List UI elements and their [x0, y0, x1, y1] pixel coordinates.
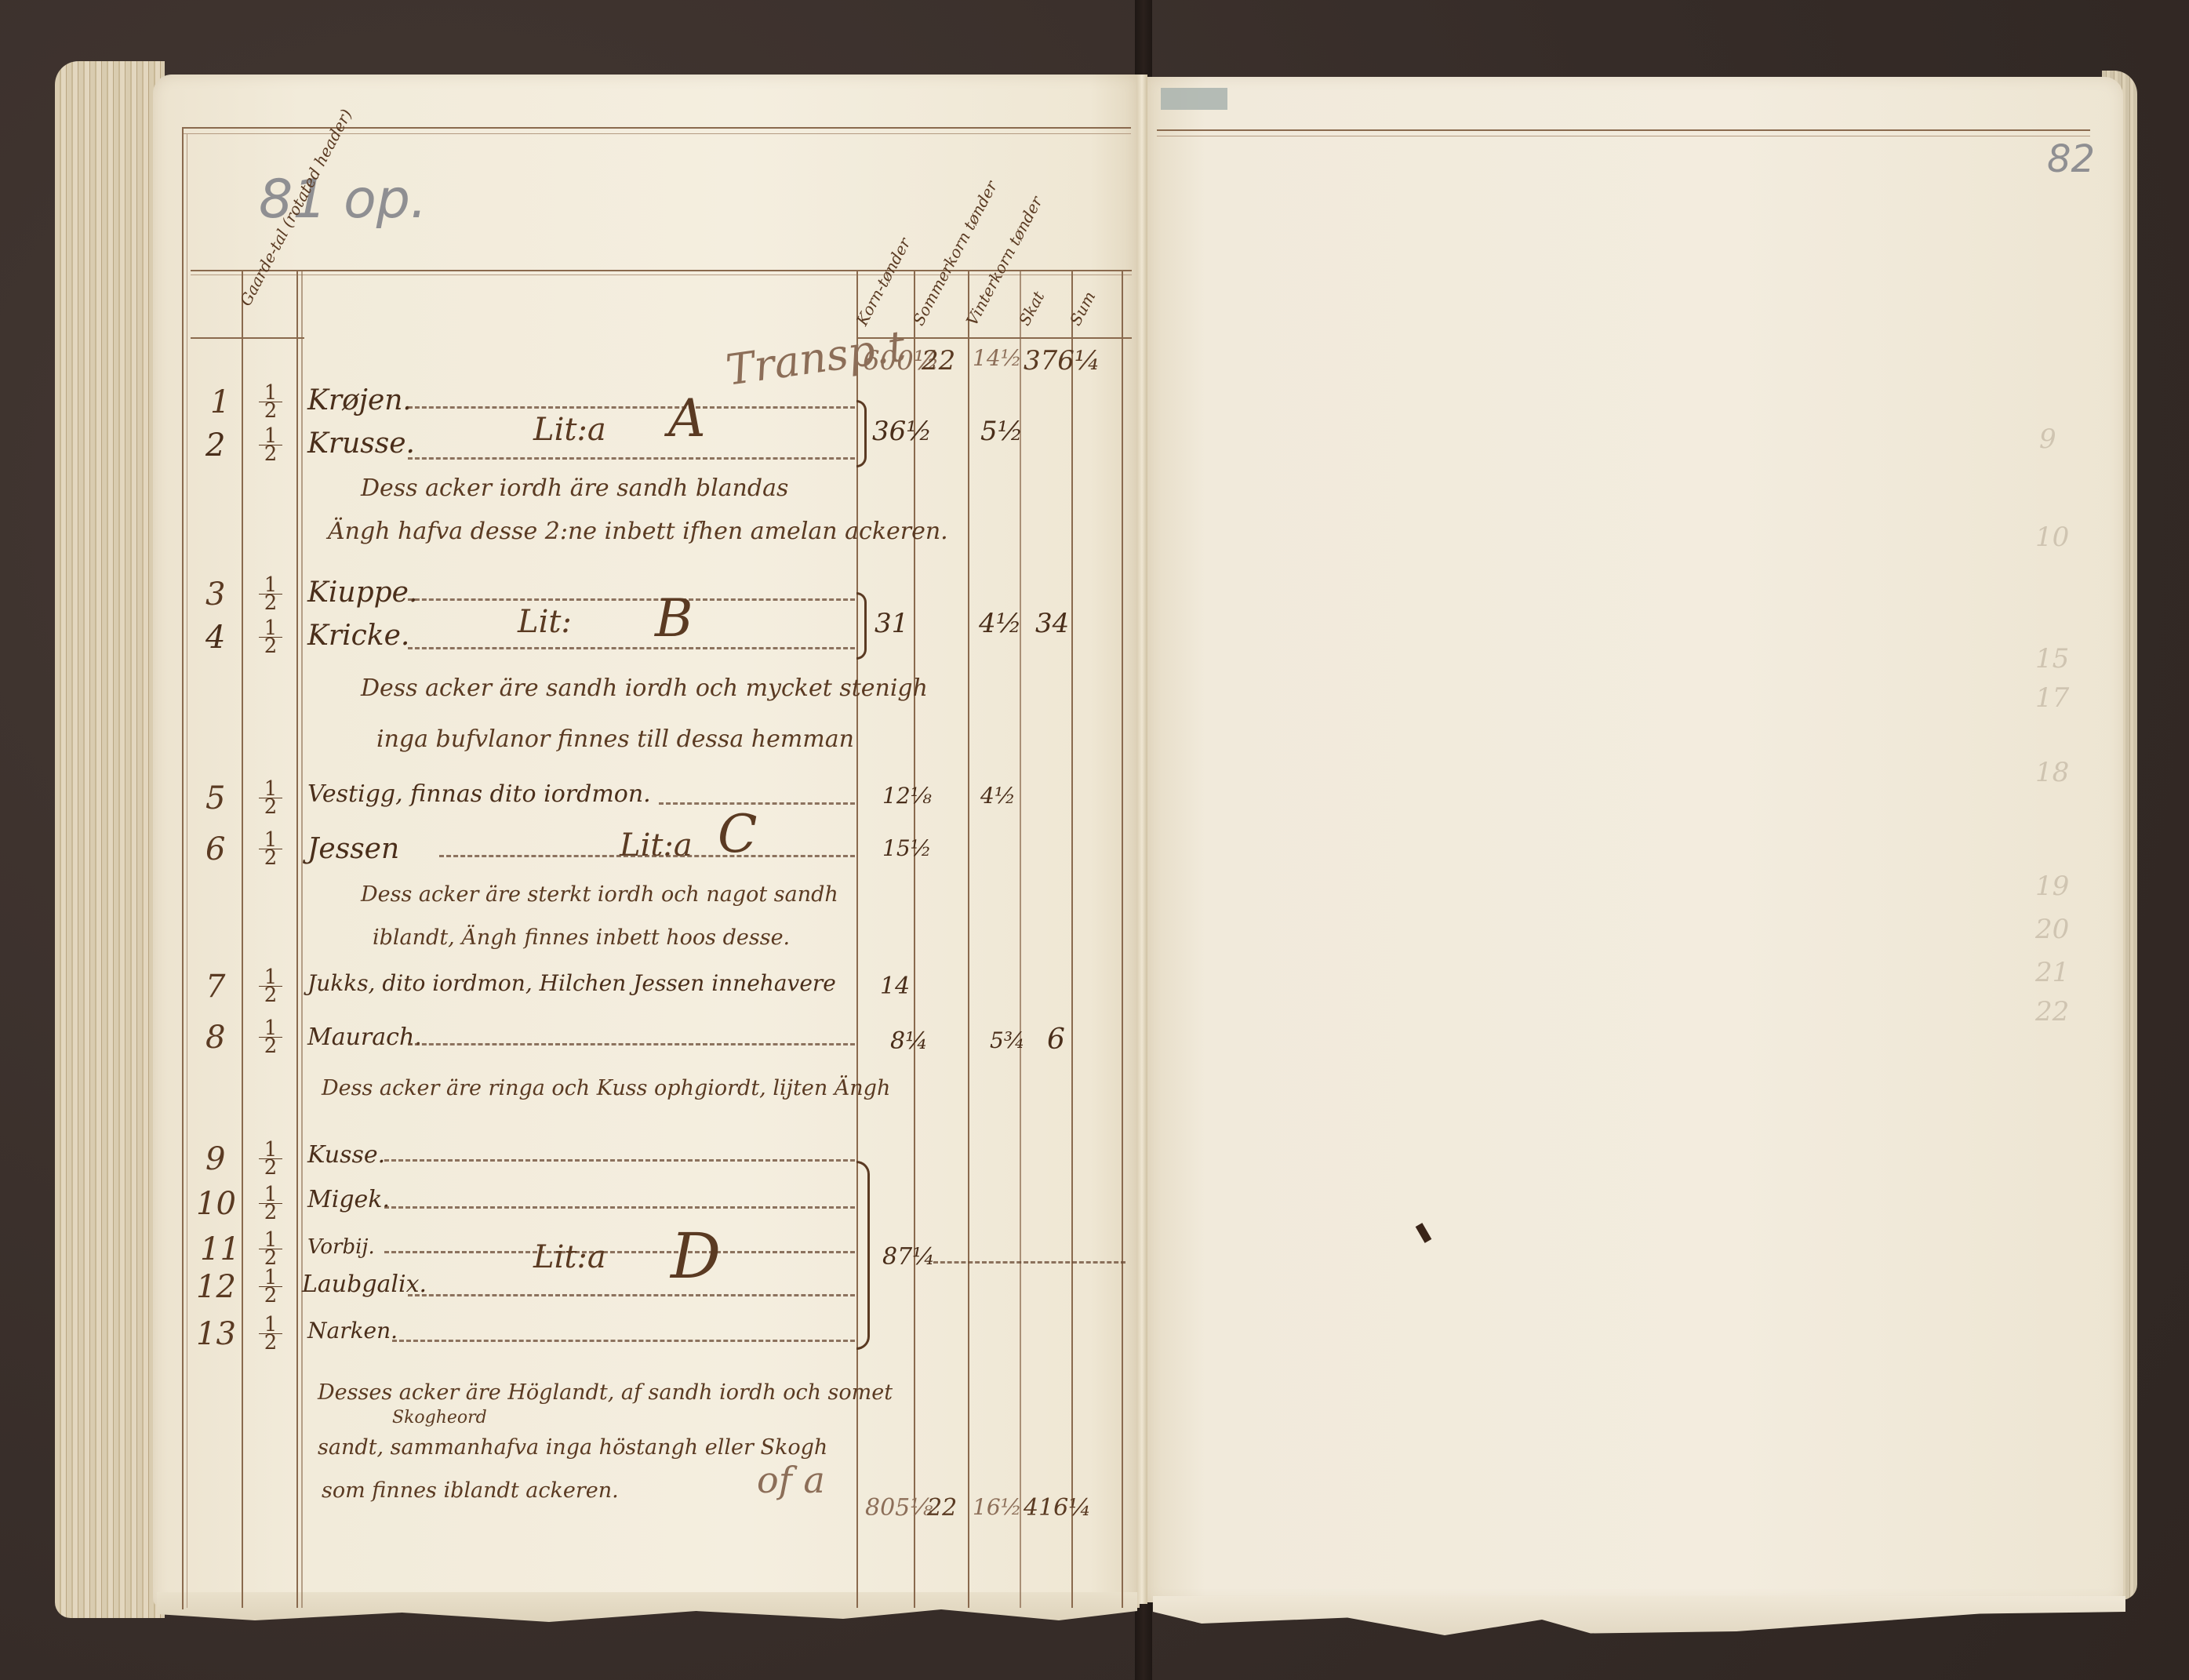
column-divider-2 [914, 270, 915, 1608]
group-letter: B [655, 588, 693, 649]
row-fraction: 12 [259, 1316, 282, 1351]
value-col-1: 87¼ [882, 1243, 935, 1271]
row-number: 9 [205, 1141, 225, 1177]
row-number: 2 [205, 427, 225, 464]
ghost-row-number: 20 [2035, 914, 2069, 945]
row-number: 7 [205, 969, 225, 1005]
row-farm-name: Kiuppe. [307, 576, 417, 609]
row-leader-dashes [408, 598, 855, 601]
group-label-lit: Lit: [518, 604, 572, 640]
description-line: Dess acker äre sandh iordh och mycket st… [361, 675, 928, 702]
value-col-1: 31 [875, 608, 908, 639]
column-divider-3 [968, 270, 969, 1608]
description-line: iblandt, Ängh finnes inbett hoos desse. [373, 925, 790, 950]
row-farm-name: Vorbij. [307, 1235, 375, 1259]
transport-value-3: 14½ [973, 345, 1022, 371]
group-label-lit: Lit:a [533, 1239, 606, 1275]
transport-value-2: 22 [922, 345, 955, 376]
row-number: 3 [205, 576, 225, 613]
row-leader-dashes [408, 406, 855, 409]
description-line: Desses acker äre Höglandt, af sandh iord… [318, 1380, 893, 1405]
frame-rule-top [182, 127, 1131, 129]
row-fraction: 12 [259, 1231, 282, 1267]
value-col-3: 5½ [980, 416, 1024, 447]
total-col-2: 22 [927, 1494, 957, 1522]
description-line: Dess acker iordh äre sandh blandas [361, 475, 788, 502]
row-farm-name: Jukks, dito iordmon, Hilchen Jessen inne… [307, 970, 836, 996]
right-page [1147, 77, 2123, 1602]
group-brace [856, 400, 867, 467]
row-fraction: 12 [259, 969, 282, 1004]
ghost-row-number: 15 [2035, 643, 2069, 675]
ghost-row-number: 22 [2035, 996, 2069, 1027]
description-line: Dess acker äre ringa och Kuss ophgiordt,… [322, 1076, 890, 1100]
frame-rule-left [182, 127, 184, 1609]
column-divider-fraction-inner [301, 270, 303, 1608]
right-frame-rule-top [1157, 129, 2090, 131]
row-fraction: 12 [259, 620, 282, 655]
row-farm-name: Kusse. [307, 1141, 385, 1169]
row-leader-dashes [408, 457, 855, 460]
row-fraction: 12 [259, 1020, 282, 1055]
row-number: 1 [210, 384, 230, 420]
value-col-1: 8¼ [890, 1027, 928, 1055]
column-divider-6 [1122, 270, 1123, 1608]
bottom-mark: of a [757, 1459, 825, 1501]
left-page-torn-edge [157, 1592, 1137, 1624]
right-frame-rule-top-inner [1157, 136, 2090, 136]
ghost-row-number: 9 [2039, 424, 2056, 455]
value-col-1: 15½ [882, 835, 932, 861]
row-fraction: 12 [259, 1141, 282, 1176]
header-bottom-rule-left [191, 337, 304, 339]
row-fraction: 12 [259, 780, 282, 816]
column-divider-rownum [242, 270, 243, 1608]
row-leader-dashes [408, 1043, 855, 1045]
total-col-1: 805⅛ [865, 1494, 933, 1522]
row-fraction: 12 [259, 427, 282, 463]
row-number: 13 [196, 1316, 236, 1352]
row-fraction: 12 [259, 384, 282, 420]
ghost-row-number: 18 [2035, 757, 2069, 788]
row-leader-dashes [439, 855, 855, 857]
right-page-torn-edge [1153, 1596, 2125, 1635]
group-brace [856, 592, 867, 660]
frame-rule-left-inner [187, 133, 187, 1608]
column-divider-5 [1071, 270, 1073, 1608]
ghost-row-number: 21 [2035, 957, 2069, 988]
row-leader-dashes [384, 1206, 855, 1209]
left-page-edges [55, 61, 165, 1618]
row-leader-dashes [933, 1261, 1125, 1264]
row-number: 10 [196, 1186, 236, 1222]
row-number: 8 [205, 1020, 225, 1056]
row-farm-name: Maurach. [307, 1024, 422, 1051]
row-leader-dashes [392, 1340, 855, 1342]
value-col-4: 6 [1047, 1024, 1065, 1056]
total-col-3: 16½ [973, 1494, 1022, 1520]
value-col-3: 5¾ [990, 1027, 1025, 1053]
row-number: 11 [200, 1231, 240, 1267]
transport-value-4: 376¼ [1024, 345, 1100, 376]
group-letter: A [668, 388, 706, 449]
value-col-1: 36½ [872, 416, 932, 447]
row-leader-dashes [408, 647, 855, 649]
row-farm-name: Kricke. [307, 620, 409, 652]
row-fraction: 12 [259, 1269, 282, 1304]
row-fraction: 12 [259, 1186, 282, 1221]
group-label-lit: Lit:a [620, 827, 693, 864]
row-number: 4 [205, 620, 225, 656]
column-divider-fraction [296, 270, 298, 1608]
description-line: som finnes iblandt ackeren. [322, 1478, 619, 1503]
group-label-lit: Lit:a [533, 412, 606, 448]
column-divider-4 [1020, 270, 1021, 1608]
value-col-3: 4½ [980, 783, 1016, 809]
row-number: 12 [196, 1269, 236, 1305]
value-col-1: 12⅛ [882, 783, 932, 809]
row-farm-name: Migek. [307, 1186, 390, 1213]
column-divider-1 [856, 270, 858, 1608]
row-fraction: 12 [259, 576, 282, 612]
row-fraction: 12 [259, 831, 282, 867]
row-farm-name: Jessen [307, 833, 399, 865]
row-leader-dashes [408, 1294, 855, 1296]
description-line: Ängh hafva desse 2:ne inbett ifhen amela… [328, 518, 948, 545]
value-col-3: 4½ [979, 608, 1022, 639]
value-col-1: 14 [880, 973, 910, 1000]
row-number: 6 [205, 831, 225, 867]
spine-fold [1136, 75, 1147, 1604]
value-col-4: 34 [1035, 608, 1069, 639]
description-line: Dess acker äre sterkt iordh och nagot sa… [361, 882, 838, 907]
pencil-page-number: 82 [2047, 137, 2095, 181]
row-leader-dashes [384, 1251, 855, 1253]
ghost-row-number: 17 [2035, 682, 2069, 714]
total-col-4: 416¼ [1024, 1494, 1091, 1522]
description-insert: Skogheord [392, 1408, 487, 1427]
description-line: inga bufvlanor finnes till dessa hemman [376, 725, 854, 753]
ghost-row-number: 10 [2035, 522, 2069, 553]
row-farm-name: Narken. [307, 1318, 398, 1344]
row-farm-name: Krusse. [307, 427, 415, 460]
row-number: 5 [205, 780, 225, 816]
ghost-row-number: 19 [2035, 871, 2069, 902]
group-brace [856, 1161, 870, 1350]
blue-paper-tab [1161, 88, 1227, 110]
row-farm-name: Krøjen. [307, 384, 412, 416]
group-letter: D [671, 1220, 721, 1293]
description-line: sandt, sammanhafva inga höstangh eller S… [318, 1435, 827, 1460]
row-leader-dashes [384, 1159, 855, 1162]
row-farm-name: Vestigg, finnas dito iordmon. [307, 780, 651, 808]
